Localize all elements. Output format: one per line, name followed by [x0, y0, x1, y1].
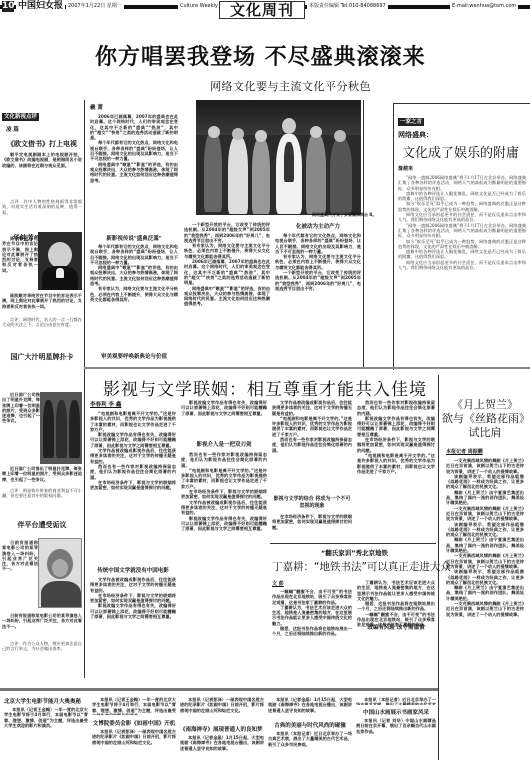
bottom-news-1: 北京大学生电影节能月大奥奥秘 本报讯（记者王金翰）一年一度的北京大学生电影节将于… [4, 697, 88, 763]
feature-body-4e-text: 然而也有一些作家对影视改编持保留态度，他们认为影视作品往往会简化原著的内涵。 [357, 400, 435, 416]
feature-body-4c-text: 然而也有一些作家对影视改编持保留态度，他们认为影视作品往往会简化原著的内涵。 [181, 452, 267, 468]
left-item-3-body-cont: 近日国广公司推出了明星扑克牌，每张牌上印着一位明星的照片，受到众多影迷追捧，也引… [2, 466, 82, 486]
main-body-4-text: 一个新型开放的平台，它改变了传统的评选机制。从2004年的“超级女声”到2005… [184, 222, 270, 243]
left-item-2-text: 陈凯歌对华纯芳在节目中的言论表示不满，网上舆论对此事展开了热烈的讨论，支持者和反… [2, 236, 38, 273]
feature-body-5-text: 在市场经济条件下，影视与文学的联姻将更加紧密，如何实现双赢是值得探讨的问题。 [90, 480, 176, 491]
right-body-7: 一支充满西域风情的舞剧《月上贺兰》近日在京首演，该剧以贺兰山下的古老传说为背景，… [446, 553, 524, 569]
sidebar-body-5: “网络一盛典2006网络盛典”将于1月17日在北京举办，网络盛典汇集了各种各样的… [398, 223, 526, 239]
main-subhead: 网络文化要与主流文化平分秋色 [210, 78, 371, 94]
bottom-news-2-cont-text: 本报讯（记者彭泽）一部表现中国名胜古迹的纪录影片《如画中国》日前开机，影片将展现… [180, 697, 264, 713]
calligraphy-body-3-text: 据悉，这批书法作品将在地铁站展出一个月，之后还将陆续推出新的作品。 [272, 626, 352, 637]
bottom-divider [0, 688, 438, 691]
calligraphy-body-3b-text: 据悉，这批书法作品将在地铁站展出一个月，之后还将陆续推出新的作品。 [357, 601, 435, 612]
left-item-1-text: 朝平定电视剧剧本上的电视剧开拍，《欧文借书》改编电视剧，是根据同名小说改编的，该… [2, 152, 82, 168]
calligraphy-col-1: 文 彭 一幅幅“翻蜜不会，由不可变”的书法作品出现在北京地铁站，吸引了众多乘客驻… [272, 580, 352, 684]
main-body-3b-text: 网络盛典中“歌星”“影星”的评选，有的由观众投票决出，大众的参与热情高涨，体现了… [90, 265, 178, 286]
main-story-col-1: 羲 萧 2006年已画落幕，2007年的盛典也在此时启幕。这个网络时代，人们的审… [90, 103, 178, 372]
bottom-news-4-text: 本报讯（本报记者）近日北京举办了一场古典艺术展，展出了大量精美的古代艺术品，吸引… [268, 731, 352, 747]
calligraphy-body-2-text: 丁嘉耕认为，书法艺术应该走进大众的生活，地铁是人流最密集的地方，在这里展示书法作… [272, 605, 352, 626]
bottom-news-3-cont-text: 本报讯（记者金晶）1月15日起，大型电视剧《南海禅寺》在各地电视台播出，该剧讲述… [268, 697, 352, 713]
calligraphy-col-2: 丁嘉耕认为，书法艺术应该走进大众的生活，地铁是人流最密集的地方，在这里展示书法作… [357, 580, 435, 680]
sidebar-body-7: 盛典中的各种评选让人眼花缭乱，网络文化是否已经成为了娱乐的附庸，这值得我们深思。 [398, 249, 526, 260]
feature-body-2b-text: 影视改编文学作品有得也有失，改编得好可以让原著锦上添花，改编得不好则可能糟蹋了原… [90, 603, 176, 619]
bottom-news-4-cont-text: 本报讯（本报记者）近日北京举办了一场古典艺术展，展出了大量精美的古代艺术品，吸引… [356, 697, 436, 705]
bottom-news-1-cont-text: 本报讯（记者王金翰）一年一度的北京大学生电影节将于4月举行，本届电影节以“青春、… [92, 697, 176, 715]
bottom-news-2-cont: 本报讯（记者彭泽）一部表现中国名胜古迹的纪录影片《如画中国》日前开机，影片将展现… [180, 697, 264, 721]
left-byline: 凌 篇 [6, 125, 82, 133]
column-rule-left [84, 100, 85, 678]
left-section-label: 文化新视点评 [2, 113, 39, 121]
bottom-news-4-body: 本报讯（本报记者）近日北京举办了一场古典艺术展，展出了大量精美的古代艺术品，吸引… [268, 731, 352, 763]
left-column-3: 近日国广公司推出了明星扑克牌，每张牌上印着一位明星的照片，受到众多影迷追捧，也引… [2, 466, 82, 533]
bottom-news-2: 本报讯（记者王金翰）一年一度的北京大学生电影节将于4月举行，本届电影节以“青春、… [92, 697, 176, 763]
main-body-5-text: 有专家认为，网络文化要与主流文化平分秋色，必须在内容上不断提升，使得大众文化与精… [184, 243, 270, 259]
feature-body-4-text: 然而也有一些作家对影视改编持保留态度，他们认为影视作品往往会简化原著的内涵。 [90, 464, 176, 480]
bottom-news-4-cont: 本报讯（本报记者）近日北京举办了一场古典艺术展，展出了大量精美的古代艺术品，吸引… [356, 697, 436, 705]
right-body-9: 舞剧《月上贺兰》由宁夏演艺集团出品，集结了国内一流的创作团队，舞美设计精美绝伦。 [446, 585, 524, 601]
feature-col-1: 李春利 李 鑫 “电视剧和电影是离不开文学的。”这是许多影视人的共识，优秀的文学… [90, 400, 176, 677]
bottom-news-4-title: 古典的美丽与时代风尚的碰撞 [268, 721, 352, 729]
feature-body-5d-text: 在市场经济条件下，影视与文学的联姻将更加紧密，如何实现双赢是值得探讨的问题。 [272, 514, 352, 530]
main-body-1-text: 2006年已画落幕，2007年的盛典也在此时启幕。这个网络时代，人们的审美观念在… [90, 114, 178, 140]
bottom-news-5-text: 本报讯（记者 刘华）中国山水画精品展日前在京开幕，展出了百余幅当代山水画名家作品… [356, 718, 436, 734]
feature-body-2c-text: 影视改编文学作品有得也有失，改编得好可以让原著锦上添花，改编得不好则可能糟蹋了原… [181, 400, 267, 416]
feature-body-3d-text: 文学作品被改编成影视作品后，往往能获得更多读者的关注，这对于文学的传播无疑是有益… [272, 400, 352, 416]
left-item-2-text-cont: 陈凯歌对华纯芳在节目中的言论表示不满，网上舆论对此事展开了热烈的讨论，支持者和反… [2, 293, 82, 309]
feature-body-1d-text: “电视剧和电影是离不开文学的。”这是许多影视人的共识，优秀的文学作品为影视提供了… [272, 416, 352, 437]
right-body-6: 舞剧《月上贺兰》由宁夏演艺集团出品，集结了国内一流的创作团队，舞美设计精美绝伦。 [446, 537, 524, 553]
feature-subsection-3: 影视与文学的结合 将成为一个不可忽视的现象 [272, 496, 352, 510]
calligraphy-story: “翻氏家训”秀北京地铁 丁嘉耕：“地铁书法”可以真正走进大众 [272, 548, 437, 574]
right-headline-line-3: 试比肩 [442, 426, 528, 440]
issue-date: 2007年1月22日 星期一 [66, 2, 124, 10]
sidebar-opinion-box: 一家之言 网络盛典： 文化成了娱乐的附庸 詹越来 “网络一盛典2006网络盛典”… [393, 103, 530, 370]
feature-body-3c-text: 文学作品被改编成影视作品后，往往能获得更多读者的关注，这对于文学的传播无疑是有益… [181, 500, 267, 516]
feature-headline: 影视与文学联姻：相互尊重才能共入佳境 [95, 375, 435, 400]
main-body-2b-text: 每个年代都有它的文化热点，网络文化和电视台联手，各种各样的“盛典”纷纷登场，让人… [90, 244, 178, 265]
main-body-1: 2006年已画落幕，2007年的盛典也在此时启幕。这个网络时代，人们的审美观念在… [90, 114, 178, 232]
feature-body-4d-text: 然而也有一些作家对影视改编持保留态度，他们认为影视作品往往会简化原著的内涵。 [272, 437, 352, 453]
left-item-4-comment-text: 点评：作为公众人物，理应更加注意自己的言行举止，为社会做出表率。 [2, 641, 82, 652]
left-item-3-comment-text: 点评：明星效应带来的商业利益不可小觑，但也要注意其中的版权问题。 [2, 488, 82, 499]
right-body-8: 该剧编导表示，希望这部作品能像《丝路花雨》一样成为经典之作，让更多的观众了解西北… [446, 569, 524, 585]
calligraphy-byline: 文 彭 [272, 580, 352, 587]
right-story: 《月上贺兰》 欲与《丝路花雨》 试比肩 本报记者 周振鹏 一支充满西域风情的舞剧… [442, 398, 528, 763]
left-item-3-text: 近日国广公司推出了明星扑克牌，每张牌上印着一位明星的照片，受到众多影迷追捧，也引… [2, 392, 40, 424]
photo-chen-kaige [38, 232, 82, 290]
column-rule-sidebar [363, 100, 364, 368]
bottom-news-2-body: 本报讯（记者彭泽）一部表现中国名胜古迹的纪录影片《如画中国》日前开机，影片将展现… [92, 729, 176, 763]
feature-body-3b-text: 文学作品被改编成影视作品后，往往能获得更多读者的关注，这对于文学的传播无疑是有益… [90, 577, 176, 593]
main-body-3-text: 网络盛典中“歌星”“影星”的评选，有的由观众投票决出，大众的参与热情高涨，体现了… [90, 162, 178, 183]
left-item-1-title: 《欧文借书》打上电视 [2, 139, 82, 149]
feature-body-5b-text: 在市场经济条件下，影视与文学的联姻将更加紧密，如何实现双赢是值得探讨的问题。 [90, 593, 176, 604]
feature-body-5e-text: 在市场经济条件下，影视与文学的联姻将更加紧密，如何实现双赢是值得探讨的问题。 [357, 437, 435, 453]
right-byline: 本报记者 周振鹏 [446, 448, 528, 455]
feature-body-1c-text: “电视剧和电影是离不开文学的。”这是许多影视人的共识，优秀的文学作品为影视提供了… [181, 468, 267, 489]
main-subsection-2: 化被动为主动产力 [275, 222, 361, 230]
sidebar-kicker: 网络盛典： [398, 130, 526, 140]
right-body: 一支充满西域风情的舞剧《月上贺兰》近日在京首演，该剧以贺兰山下的古老传说为背景，… [442, 458, 528, 763]
feature-body-5c-text: 在市场经济条件下，影视与文学的联姻将更加紧密，如何实现双赢是值得探讨的问题。 [181, 489, 267, 500]
bottom-news-1-title: 北京大学生电影节能月大奥奥秘 [4, 697, 88, 705]
left-item-4-title: 伴平台遭受诟议 [2, 520, 82, 530]
main-story-col-1b: 审美观要呼唤新典论与价值 [90, 352, 178, 360]
feature-col-3: 文学作品被改编成影视作品后，往往能获得更多读者的关注，这对于文学的传播无疑是有益… [272, 400, 352, 544]
section-title: 文化周刊 [219, 1, 305, 19]
photo-poker-cards [40, 392, 82, 464]
feature-body-2b: 然而也有一些作家对影视改编持保留态度，他们认为影视作品往往会简化原著的内涵。 “… [181, 452, 267, 682]
feature-body-3-text: 文学作品被改编成影视作品后，往往能获得更多读者的关注，这对于文学的传播无疑是有益… [90, 448, 176, 464]
left-item-4-text-cont: 日前有报道称某电影公司的某导演卷入一场纠纷，引起业界广泛关注，各方对此看法不一。 [2, 613, 82, 629]
right-body-10: 一支充满西域风情的舞剧《月上贺兰》近日在京首演，该剧以贺兰山下的古老传说为背景，… [446, 601, 524, 617]
left-item-3-text-cont: 近日国广公司推出了明星扑克牌，每张牌上印着一位明星的照片，受到众多影迷追捧，也引… [2, 466, 82, 482]
left-item-4-body-cont: 日前有报道称某电影公司的某导演卷入一场纠纷，引起业界广泛关注，各方对此看法不一。 [2, 613, 82, 639]
left-item-1-body: 朝平定电视剧剧本上的电视剧开拍，《欧文借书》改编电视剧，是根据同名小说改编的，该… [2, 152, 82, 197]
calligraphy-body-1: 一幅幅“翻蜜不会，由不可变”的书法作品出现在北京地铁站，吸引了众多乘客驻足观看，… [272, 589, 352, 684]
sidebar-section-label: 一家之言 [398, 118, 424, 126]
bottom-news-1-body: 本报讯（记者王金翰）一年一度的北京大学生电影节将于4月举行，本届电影节以“青春、… [4, 707, 88, 763]
section-divider [84, 367, 530, 369]
main-body-2-text: 每个年代都有它的文化热点，网络文化和电视台联手，各种各样的“盛典”纷纷登场，让人… [90, 140, 178, 161]
right-headline-line-1: 《月上贺兰》 [442, 398, 528, 412]
feature-body-2e-text: 影视改编文学作品有得也有失，改编得好可以让原著锦上添花，改编得不好则可能糟蹋了原… [357, 416, 435, 437]
right-body-5: 该剧编导表示，希望这部作品能像《丝路花雨》一样成为经典之作，让更多的观众了解西北… [446, 522, 524, 538]
feature-body-1: “电视剧和电影是离不开文学的。”这是许多影视人的共识，优秀的文学作品为影视提供了… [90, 411, 176, 563]
left-item-2-body-cont: 陈凯歌对华纯芳在节目中的言论表示不满，网上舆论对此事展开了热烈的讨论，支持者和反… [2, 293, 82, 315]
right-headline-line-2: 欲与《丝路花雨》 [442, 412, 528, 426]
calligraphy-body-1b-text: 一幅幅“翻蜜不会，由不可变”的书法作品出现在北京地铁站，吸引了众多乘客驻足观看，… [357, 612, 435, 628]
bottom-news-3-body: 本报讯（记者金晶）1月15日起，大型电视剧《南海禅寺》在各地电视台播出，该剧讲述… [180, 735, 264, 763]
main-photo-caption: 网络盛典八方来了多家媒体同台 Ⅱ。 [312, 212, 362, 218]
left-item-4-comment: 点评：作为公众人物，理应更加注意自己的言行举止，为社会做出表率。 [2, 641, 82, 671]
masthead: 10 中国妇女报 2007年1月22日 星期一 Culture Weekly 文… [0, 0, 530, 16]
left-item-3-comment: 点评：明星效应带来的商业利益不可小觑，但也要注意其中的版权问题。 [2, 488, 82, 516]
email-address: E-mail:wenhua@tom.com [450, 2, 518, 10]
sidebar-body-1: “网络一盛典2006网络盛典”将于1月17日在北京举办，网络盛典汇集了各种各样的… [398, 175, 526, 191]
main-body-2c-text: 每个年代都有它的文化热点，网络文化和电视台联手，各种各样的“盛典”纷纷登场，让人… [275, 233, 361, 254]
sidebar-body-4: 网络文化应当承担起更多的社会责任，而不是仅仅追求点击率和人气，我们期待网络文化能… [398, 212, 526, 223]
main-byline: 羲 萧 [90, 103, 178, 111]
left-column: 文化新视点评 凌 篇 《欧文借书》打上电视 朝平定电视剧剧本上的电视剧开拍，《欧… [2, 103, 82, 246]
bottom-news-5-title: 中国山水画展示书画家风采 [356, 708, 436, 716]
feature-body-3b: 在市场经济条件下，影视与文学的联姻将更加紧密，如何实现双赢是值得探讨的问题。 [272, 514, 352, 544]
bottom-news-4: 本报讯（记者金晶）1月15日起，大型电视剧《南海禅寺》在各地电视台播出，该剧讲述… [268, 697, 352, 763]
calligraphy-body-1-text: 一幅幅“翻蜜不会，由不可变”的书法作品出现在北京地铁站，吸引了众多乘客驻足观看，… [272, 589, 352, 605]
main-body-col-3: 每个年代都有它的文化热点，网络文化和电视台联手，各种各样的“盛典”纷纷登场，让人… [275, 233, 361, 367]
main-photo-singers [196, 100, 361, 215]
sidebar-body-6: 如今“娱乐至死”似乎已成为一种趋势，网络盛典的泛滥正是这种趋势的体现，文化的严肃… [398, 239, 526, 250]
feature-body-3: 文学作品被改编成影视作品后，往往能获得更多读者的关注，这对于文学的传播无疑是有益… [272, 400, 352, 492]
bottom-news-3-title: 《南海禅寺》展现普通人的良知梦 [180, 725, 264, 733]
bottom-news-2-title: 文博院委员会影《如画中国》开机 [92, 719, 176, 727]
bottom-news-2-text: 本报讯（记者彭泽）一部表现中国名胜古迹的纪录影片《如画中国》日前开机，影片将展现… [92, 729, 176, 745]
bottom-news-5: 本报讯（本报记者）近日北京举办了一场古典艺术展，展出了大量精美的古代艺术品，吸引… [356, 697, 436, 763]
sidebar-body-3: 如今“娱乐至死”似乎已成为一种趋势，网络盛典的泛滥正是这种趋势的体现，文化的严肃… [398, 201, 526, 212]
contact-info: 本版责任编辑 Tel:010-84088697 [307, 2, 388, 10]
bottom-news-3-cont: 本报讯（记者金晶）1月15日起，大型电视剧《南海禅寺》在各地电视台播出，该剧讲述… [268, 697, 352, 717]
feature-body-2-text: 影视改编文学作品有得也有失，改编得好可以让原著锦上添花，改编得不好则可能糟蹋了原… [90, 432, 176, 448]
right-body-4: 一支充满西域风情的舞剧《月上贺兰》近日在京首演，该剧以贺兰山下的古老传说为背景，… [446, 506, 524, 522]
left-column-2: 陈凯歌对华纯芳在节目中的言论表示不满，网上舆论对此事展开了热烈的讨论，支持者和反… [2, 293, 82, 365]
page-number: 10 [2, 1, 14, 12]
main-body-5c-text: 有专家认为，网络文化要与主流文化平分秋色，必须在内容上不断提升，使得大众文化与精… [275, 254, 361, 270]
main-body-3c-text: 网络盛典中“歌星”“影星”的评选，有的由观众投票决出，大众的参与热情高涨，体现了… [184, 286, 270, 307]
main-body-col-2: 一个新型开放的平台，它改变了传统的评选机制。从2004年的“超级女声”到2005… [184, 222, 270, 366]
photo-director [38, 538, 82, 608]
feature-body-1e-text: “电视剧和电影是离不开文学的。”这是许多影视人的共识，优秀的文学作品为影视提供了… [357, 453, 435, 474]
bottom-news-3: 本报讯（记者彭泽）一部表现中国名胜古迹的纪录影片《如画中国》日前开机，影片将展现… [180, 697, 264, 763]
sidebar-body-2: 盛典中的各种评选让人眼花缭乱，网络文化是否已经成为了娱乐的附庸，这值得我们深思。 [398, 191, 526, 202]
left-item-4-body: 日前有报道称某电影公司的某导演卷入一场纠纷，引起业界广泛关注，各方对此看法不一。 [2, 540, 38, 612]
feature-body-1b: 文学作品被改编成影视作品后，往往能获得更多读者的关注，这对于文学的传播无疑是有益… [90, 577, 176, 677]
main-subsection-1: 新影视传说"盛典泛滥" [90, 234, 178, 242]
feature-subsection-1: 影视介入是一把双刃剑 [181, 440, 267, 448]
calligraphy-kicker: “翻氏家训”秀北京地铁 [272, 548, 437, 557]
main-body-4c-text: 一个新型开放的平台，它改变了传统的评选机制。从2004年的“超级女声”到2005… [275, 270, 361, 291]
main-headline: 你方唱罢我登场 不尽盛典滚滚来 [95, 40, 530, 71]
main-subsection-3: 审美观要呼唤新典论与价值 [90, 352, 178, 360]
right-body-3: 舞剧《月上贺兰》由宁夏演艺集团出品，集结了国内一流的创作团队，舞美设计精美绝伦。 [446, 490, 524, 506]
main-story-col-3: 化被动为主动产力 每个年代都有它的文化热点，网络文化和电视台联手，各种各样的“盛… [275, 222, 361, 367]
bottom-news-5-body: 本报讯（记者 刘华）中国山水画精品展日前在京开幕，展出了百余幅当代山水画名家作品… [356, 718, 436, 763]
feature-bottom-rule [270, 543, 436, 544]
feature-body-1-text: “电视剧和电影是离不开文学的。”这是许多影视人的共识，优秀的文学作品为影视提供了… [90, 411, 176, 432]
left-item-2-body: 陈凯歌对华纯芳在节目中的言论表示不满，网上舆论对此事展开了热烈的讨论，支持者和反… [2, 236, 38, 292]
bottom-news-1-text: 本报讯（记者王金翰）一年一度的北京大学生电影节将于4月举行，本届电影节以“青春、… [4, 707, 88, 728]
calligraphy-body-2b-text: 丁嘉耕认为，书法艺术应该走进大众的生活，地铁是人流最密集的地方，在这里展示书法作… [357, 580, 435, 601]
sidebar-body: “网络一盛典2006网络盛典”将于1月17日在北京举办，网络盛典汇集了各种各样的… [398, 175, 526, 395]
feature-byline: 李春利 李 鑫 [90, 400, 176, 408]
left-item-1-comment: 点评：其中人物的性格刻画得非常细致，对现实生活有着深刻的反映，值得一看。 [2, 199, 82, 229]
right-body-1: 一支充满西域风情的舞剧《月上贺兰》近日在京首演，该剧以贺兰山下的古老传说为背景，… [446, 458, 524, 474]
left-item-2-comment-text: 点评：网络时代，名人的一言一行都在大众的关注之下，言论自由也应有度。 [2, 317, 82, 328]
feature-col-4: 然而也有一些作家对影视改编持保留态度，他们认为影视作品往往会简化原著的内涵。 影… [357, 400, 435, 528]
paper-logo: 中国妇女报 [16, 0, 65, 12]
feature-body-4: 然而也有一些作家对影视改编持保留态度，他们认为影视作品往往会简化原著的内涵。 影… [357, 400, 435, 528]
main-body-1c-text: 2006年已画落幕，2007年的盛典也在此时启幕。这个网络时代，人们的审美观念在… [184, 259, 270, 285]
feature-body-2: 影视改编文学作品有得也有失，改编得好可以让原著锦上添花，改编得不好则可能糟蹋了原… [181, 400, 267, 436]
sidebar-byline: 詹越来 [398, 165, 526, 172]
left-item-3-body: 近日国广公司推出了明星扑克牌，每张牌上印着一位明星的照片，受到众多影迷追捧，也引… [2, 392, 40, 464]
main-body-5b-text: 有专家认为，网络文化要与主流文化平分秋色，必须在内容上不断提升，使得大众文化与精… [90, 286, 178, 302]
right-body-2: 该剧编导表示，希望这部作品能像《丝路花雨》一样成为经典之作，让更多的观众了解西北… [446, 474, 524, 490]
feature-col-2: 影视改编文学作品有得也有失，改编得好可以让原著锦上添花，改编得不好则可能糟蹋了原… [181, 400, 267, 682]
section-english: Culture Weekly [178, 2, 220, 10]
calligraphy-headline: 丁嘉耕：“地铁书法”可以真正走进大众 [272, 559, 437, 574]
feature-subsection-2: 传统中国文学就没有中国电影 [90, 566, 176, 574]
left-item-4-text: 日前有报道称某电影公司的某导演卷入一场纠纷，引起业界广泛关注，各方对此看法不一。 [2, 540, 38, 572]
sidebar-headline: 文化成了娱乐的附庸 [402, 142, 526, 161]
left-item-3-title: 国广大汁明星牌扑卡 [2, 352, 82, 362]
sidebar-body-8: 网络文化应当承担起更多的社会责任，而不是仅仅追求点击率和人气，我们期待网络文化能… [398, 260, 526, 271]
bottom-news-3-text: 本报讯（记者金晶）1月15日起，大型电视剧《南海禅寺》在各地电视台播出，该剧讲述… [180, 735, 264, 751]
left-item-2-comment: 点评：网络时代，名人的一言一行都在大众的关注之下，言论自由也应有度。 [2, 317, 82, 349]
feature-body-2d-text: 影视改编文学作品有得也有失，改编得好可以让原著锦上添花，改编得不好则可能糟蹋了原… [181, 516, 267, 532]
left-item-1-comment-text: 点评：其中人物的性格刻画得非常细致，对现实生活有着深刻的反映，值得一看。 [2, 199, 82, 215]
bottom-news-1-cont: 本报讯（记者王金翰）一年一度的北京大学生电影节将于4月举行，本届电影节以“青春、… [92, 697, 176, 715]
calligraphy-body-2: 丁嘉耕认为，书法艺术应该走进大众的生活，地铁是人流最密集的地方，在这里展示书法作… [357, 580, 435, 680]
